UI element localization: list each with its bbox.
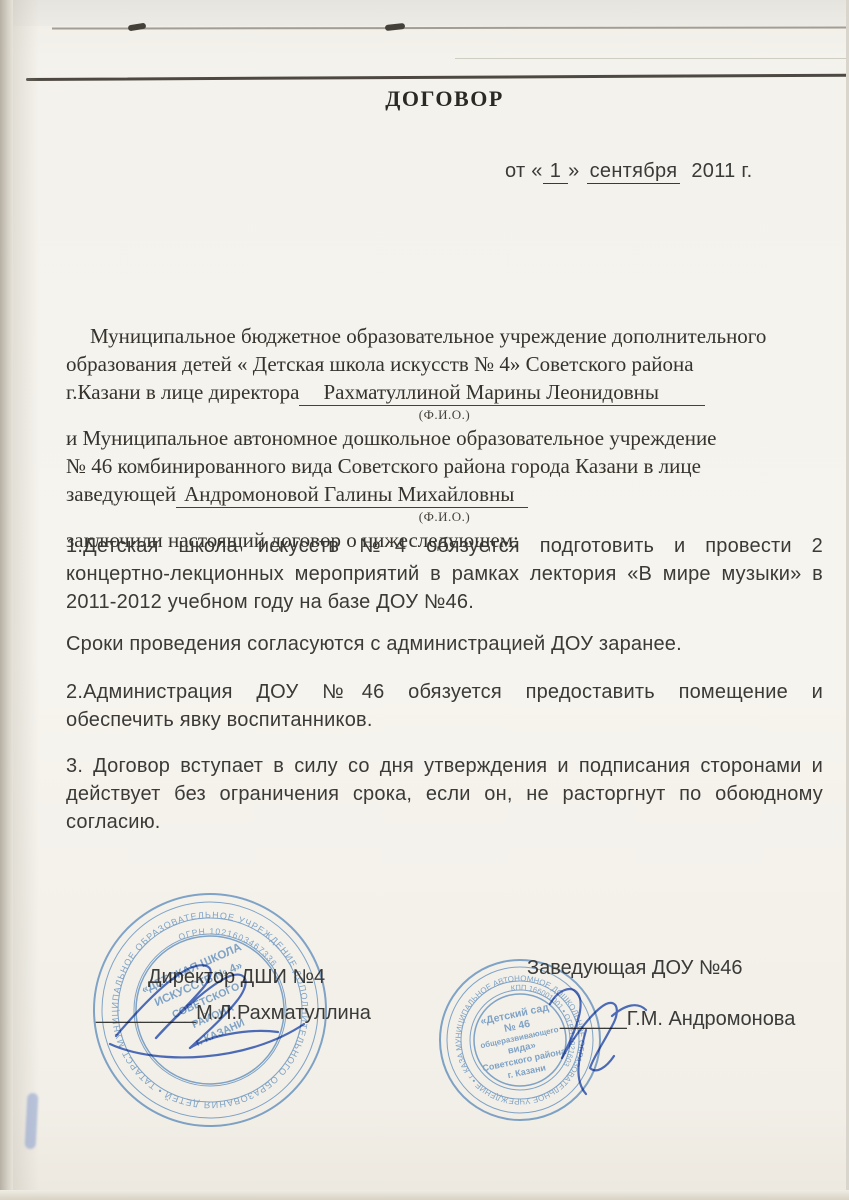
intro-line-text: г.Казани в лице директора [66, 380, 299, 404]
intro-line: и Муниципальное автономное дошкольное об… [66, 424, 823, 452]
intro-line: г.Казани в лице директораРахматуллиной М… [66, 378, 823, 406]
intro-party2: и Муниципальное автономное дошкольное об… [66, 424, 823, 524]
clause-line: согласию. [66, 808, 823, 836]
paper-fold-line [26, 74, 849, 81]
intro-line: Муниципальное бюджетное образовательное … [66, 322, 823, 350]
scan-artifact-top-band [0, 0, 849, 26]
scan-artifact-blob [385, 23, 406, 31]
clause-line: действует без ограничения срока, если он… [66, 780, 823, 808]
date-prefix: от « [505, 160, 543, 182]
scan-artifact-thin-line [52, 26, 849, 29]
party2-name-underlined: Андромоновой Галины Михайловны [176, 482, 528, 508]
clause-line: 2011-2012 учебном году на базе ДОУ №46. [66, 588, 823, 616]
scan-artifact-blob [128, 23, 147, 32]
scanner-edge-bottom [0, 1190, 849, 1200]
clauses-section: 1.Детская школа искусств №4 обязуется по… [66, 532, 823, 836]
intro-line: заведующейАндромоновой Галины Михайловны [66, 480, 823, 508]
date-day: 1 [543, 160, 568, 184]
date-month: сентября [587, 160, 681, 184]
document-title: ДОГОВОР [66, 86, 823, 112]
date-line: от «1»сентября2011 г. [505, 160, 752, 183]
scanned-contract-page: МУНИЦИПАЛЬНОЕ ОБРАЗОВАТЕЛЬНОЕ УЧРЕЖДЕНИЕ… [0, 0, 849, 1200]
clause-line: 1.Детская школа искусств №4 обязуется по… [66, 532, 823, 560]
intro-section: Муниципальное бюджетное образовательное … [66, 322, 823, 554]
clause-3: 3. Договор вступает в силу со дня утверж… [66, 752, 823, 836]
clause-line: Сроки проведения согласуются с администр… [66, 630, 823, 658]
scan-artifact-faint-line [455, 58, 849, 59]
intro-line-text: заведующей [66, 482, 176, 506]
clause-line: обеспечить явку воспитанников. [66, 706, 823, 734]
party1-name-underlined: Рахматуллиной Марины Леонидовны [299, 380, 705, 406]
date-close-quote: » [568, 160, 579, 182]
clause-2: 2.Администрация ДОУ №46 обязуется предос… [66, 678, 823, 734]
clause-line: 2.Администрация ДОУ №46 обязуется предос… [66, 678, 823, 706]
scanner-edge-left [0, 0, 13, 1200]
intro-line: № 46 комбинированного вида Советского ра… [66, 452, 823, 480]
clause-line: концертно-лекционных мероприятий в рамка… [66, 560, 823, 588]
intro-party1: Муниципальное бюджетное образовательное … [66, 322, 823, 422]
intro-line: образования детей « Детская школа искусс… [66, 350, 823, 378]
fio-label: (Ф.И.О.) [66, 407, 823, 422]
clause-1: 1.Детская школа искусств №4 обязуется по… [66, 532, 823, 616]
clause-line: 3. Договор вступает в силу со дня утверж… [66, 752, 823, 780]
fio-label: (Ф.И.О.) [66, 509, 823, 524]
clause-terms: Сроки проведения согласуются с администр… [66, 630, 823, 658]
scanner-edge-left-shade [13, 0, 39, 1200]
date-year: 2011 г. [691, 160, 752, 182]
handwritten-signature-right [522, 972, 682, 1107]
handwritten-signature-left [98, 940, 328, 1080]
